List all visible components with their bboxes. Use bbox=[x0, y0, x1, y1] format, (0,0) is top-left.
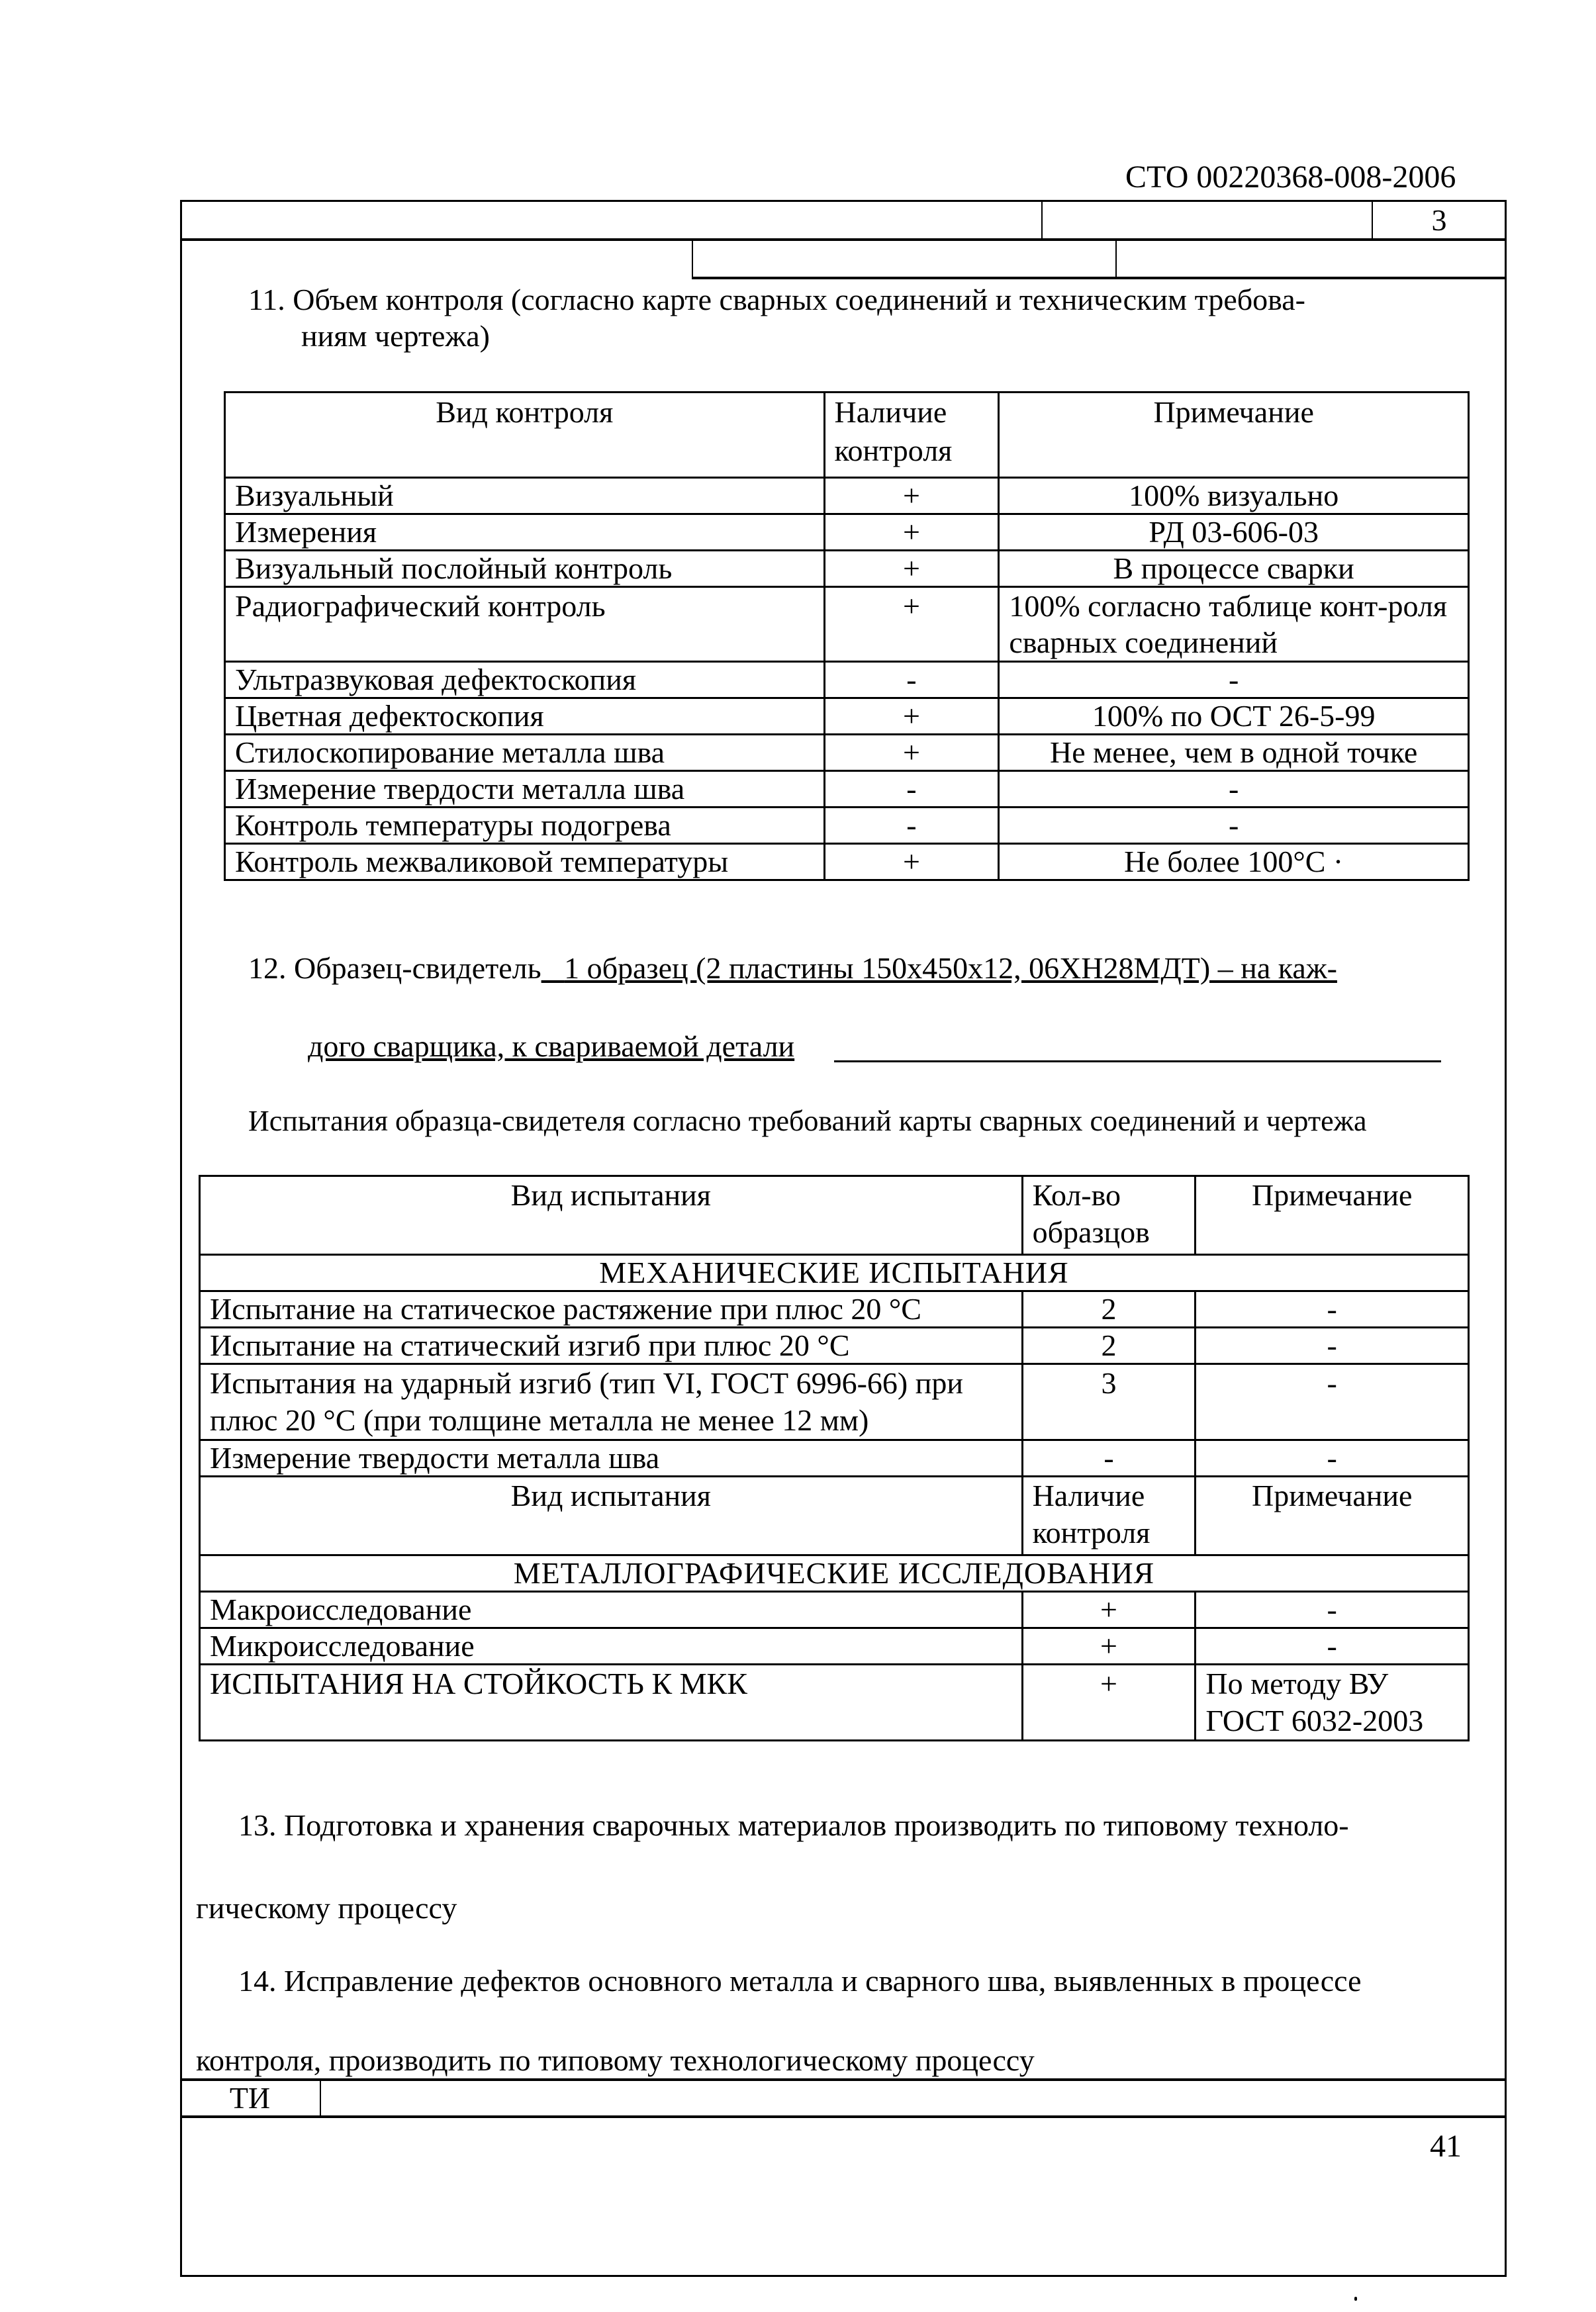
sample-count: 3 bbox=[1022, 1364, 1196, 1440]
sample-count: - bbox=[1022, 1440, 1196, 1477]
stamp-divider bbox=[180, 2078, 1507, 2081]
section-12-value: 1 образец (2 пластины 150х450х12, 06ХН28… bbox=[564, 951, 1337, 985]
control-note: Не более 100°С · bbox=[999, 844, 1469, 880]
test-type: Микроисследование bbox=[200, 1628, 1023, 1665]
table-row: Микроисследование + - bbox=[200, 1628, 1469, 1665]
control-presence: + bbox=[1022, 1628, 1196, 1665]
test-note: - bbox=[1196, 1291, 1469, 1328]
sample-count: 2 bbox=[1022, 1328, 1196, 1364]
table-row: Визуальный + 100% визуально bbox=[225, 478, 1469, 514]
stamp-divider bbox=[1115, 240, 1117, 278]
control-presence: + bbox=[824, 478, 999, 514]
sheet-number: 3 bbox=[1372, 201, 1507, 240]
section-11-title-cont: ниям чертежа) bbox=[301, 318, 490, 354]
table-row: Испытания на ударный изгиб (тип VI, ГОСТ… bbox=[200, 1364, 1469, 1440]
control-type: Радиографический контроль bbox=[225, 587, 825, 662]
section-12-line: 12. Образец-свидетель 1 образец (2 пласт… bbox=[248, 950, 1337, 986]
table-row: Измерение твердости металла шва - - bbox=[225, 771, 1469, 808]
section-row: МЕТАЛЛОГРАФИЧЕСКИЕ ИССЛЕДОВАНИЯ bbox=[200, 1555, 1469, 1592]
column-header: Примечание bbox=[1196, 1176, 1469, 1255]
table-row: Испытание на статический изгиб при плюс … bbox=[200, 1328, 1469, 1364]
control-presence: + bbox=[824, 844, 999, 880]
test-type: Испытание на статический изгиб при плюс … bbox=[200, 1328, 1023, 1364]
control-presence: + bbox=[824, 514, 999, 551]
section-14-text: 14. Исправление дефектов основного метал… bbox=[238, 1963, 1362, 1999]
control-type: Контроль температуры подогрева bbox=[225, 808, 825, 844]
control-presence: + bbox=[824, 587, 999, 662]
test-type: Испытания на ударный изгиб (тип VI, ГОСТ… bbox=[200, 1364, 1023, 1440]
control-note: 100% по ОСТ 26-5-99 bbox=[999, 698, 1469, 735]
control-type: Ультразвуковая дефектоскопия bbox=[225, 662, 825, 698]
column-header: Примечание bbox=[1196, 1477, 1469, 1555]
control-scope-table: Вид контроля Наличие контроля Примечание… bbox=[224, 391, 1470, 881]
control-note: В процессе сварки bbox=[999, 551, 1469, 587]
control-presence: + bbox=[1022, 1665, 1196, 1741]
control-note: Не менее, чем в одной точке bbox=[999, 735, 1469, 771]
stamp-divider bbox=[1041, 200, 1043, 240]
column-header: Наличие контроля bbox=[1022, 1477, 1196, 1555]
test-type: Макроисследование bbox=[200, 1592, 1023, 1628]
column-header: Вид испытания bbox=[200, 1176, 1023, 1255]
fill-in-line bbox=[834, 1060, 1441, 1062]
stamp-divider bbox=[320, 2080, 321, 2117]
section-12-value-cont: дого сварщика, к свариваемой детали bbox=[308, 1028, 794, 1064]
section-11-title: 11. Объем контроля (согласно карте сварн… bbox=[248, 281, 1305, 318]
control-presence: + bbox=[824, 735, 999, 771]
section-14-text-cont: контроля, производить по типовому технол… bbox=[196, 2042, 1035, 2078]
sample-count: 2 bbox=[1022, 1291, 1196, 1328]
table-row: Цветная дефектоскопия + 100% по ОСТ 26-5… bbox=[225, 698, 1469, 735]
control-type: Измерения bbox=[225, 514, 825, 551]
section-12-label: 12. Образец-свидетель bbox=[248, 951, 541, 985]
column-header: Кол-во образцов bbox=[1022, 1176, 1196, 1255]
control-type: Измерение твердости металла шва bbox=[225, 771, 825, 808]
test-note: - bbox=[1196, 1364, 1469, 1440]
column-header: Наличие контроля bbox=[824, 393, 999, 478]
control-presence: + bbox=[1022, 1592, 1196, 1628]
control-presence: - bbox=[824, 808, 999, 844]
control-note: - bbox=[999, 808, 1469, 844]
test-note: - bbox=[1196, 1328, 1469, 1364]
test-type: Измерение твердости металла шва bbox=[200, 1440, 1023, 1477]
section-13-text: 13. Подготовка и хранения сварочных мате… bbox=[238, 1807, 1349, 1843]
test-note: - bbox=[1196, 1628, 1469, 1665]
table-row: Визуальный послойный контроль + В процес… bbox=[225, 551, 1469, 587]
table-row: Измерения + РД 03-606-03 bbox=[225, 514, 1469, 551]
control-presence: - bbox=[824, 771, 999, 808]
section-heading-mechanical: МЕХАНИЧЕСКИЕ ИСПЫТАНИЯ bbox=[200, 1255, 1469, 1291]
table-row: Испытание на статическое растяжение при … bbox=[200, 1291, 1469, 1328]
control-presence: + bbox=[824, 698, 999, 735]
table-header-row: Вид контроля Наличие контроля Примечание bbox=[225, 393, 1469, 478]
control-note: РД 03-606-03 bbox=[999, 514, 1469, 551]
witness-sample-tests-table: Вид испытания Кол-во образцов Примечание… bbox=[199, 1175, 1470, 1741]
stamp-divider bbox=[180, 238, 1507, 241]
page-number: 41 bbox=[1430, 2128, 1462, 2164]
test-type: ИСПЫТАНИЯ НА СТОЙКОСТЬ К МКК bbox=[200, 1665, 1023, 1741]
document-code: СТО 00220368-008-2006 bbox=[1125, 159, 1456, 195]
control-presence: + bbox=[824, 551, 999, 587]
control-type: Визуальный послойный контроль bbox=[225, 551, 825, 587]
table-row: Контроль температуры подогрева - - bbox=[225, 808, 1469, 844]
control-note: - bbox=[999, 662, 1469, 698]
column-header: Вид контроля bbox=[225, 393, 825, 478]
table-row: Контроль межваликовой температуры + Не б… bbox=[225, 844, 1469, 880]
test-note: - bbox=[1196, 1592, 1469, 1628]
stamp-label: ТИ bbox=[180, 2080, 320, 2117]
control-type: Цветная дефектоскопия bbox=[225, 698, 825, 735]
table-row: Радиографический контроль + 100% согласн… bbox=[225, 587, 1469, 662]
section-13-text-cont: гическому процессу bbox=[196, 1890, 457, 1926]
tests-intro: Испытания образца-свидетеля согласно тре… bbox=[248, 1104, 1367, 1139]
scan-speck bbox=[1354, 2297, 1357, 2301]
table-row: Стилоскопирование металла шва + Не менее… bbox=[225, 735, 1469, 771]
table-row: ИСПЫТАНИЯ НА СТОЙКОСТЬ К МКК + По методу… bbox=[200, 1665, 1469, 1741]
control-type: Стилоскопирование металла шва bbox=[225, 735, 825, 771]
control-note: 100% согласно таблице конт-роля сварных … bbox=[999, 587, 1469, 662]
stamp-divider bbox=[692, 277, 1507, 279]
column-header: Примечание bbox=[999, 393, 1469, 478]
column-header: Вид испытания bbox=[200, 1477, 1023, 1555]
section-row: МЕХАНИЧЕСКИЕ ИСПЫТАНИЯ bbox=[200, 1255, 1469, 1291]
table-row: Ультразвуковая дефектоскопия - - bbox=[225, 662, 1469, 698]
test-type: Испытание на статическое растяжение при … bbox=[200, 1291, 1023, 1328]
table-header-row: Вид испытания Кол-во образцов Примечание bbox=[200, 1176, 1469, 1255]
control-note: 100% визуально bbox=[999, 478, 1469, 514]
control-note: - bbox=[999, 771, 1469, 808]
control-type: Визуальный bbox=[225, 478, 825, 514]
control-presence: - bbox=[824, 662, 999, 698]
test-note: По методу ВУ ГОСТ 6032-2003 bbox=[1196, 1665, 1469, 1741]
stamp-divider bbox=[692, 240, 693, 278]
stamp-divider bbox=[180, 2115, 1507, 2118]
section-heading-metallographic: МЕТАЛЛОГРАФИЧЕСКИЕ ИССЛЕДОВАНИЯ bbox=[200, 1555, 1469, 1592]
control-type: Контроль межваликовой температуры bbox=[225, 844, 825, 880]
table-row: Макроисследование + - bbox=[200, 1592, 1469, 1628]
table-row: Измерение твердости металла шва - - bbox=[200, 1440, 1469, 1477]
test-note: - bbox=[1196, 1440, 1469, 1477]
table-header-row: Вид испытания Наличие контроля Примечани… bbox=[200, 1477, 1469, 1555]
